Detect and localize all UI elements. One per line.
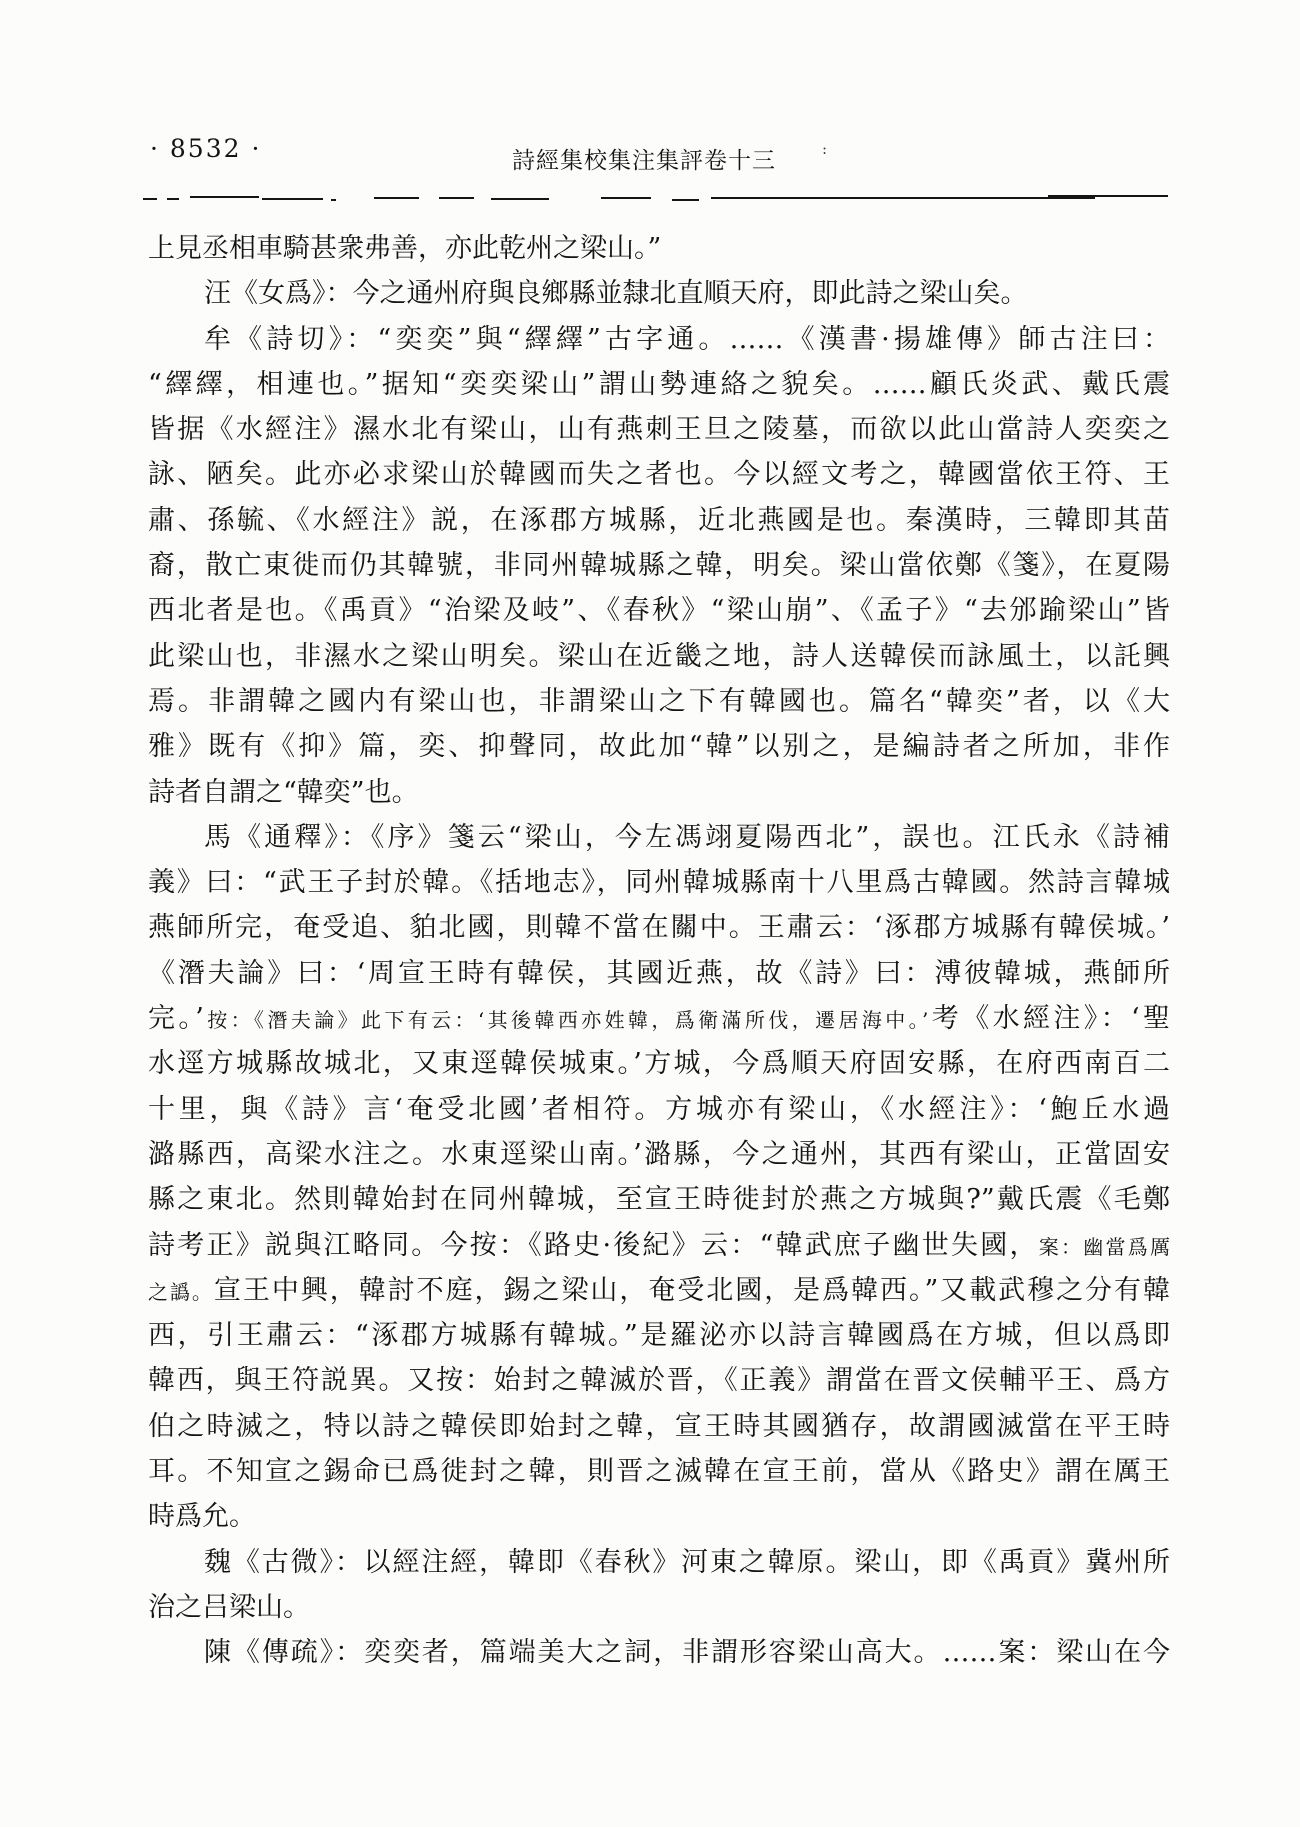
text-segment: 完。’: [148, 1003, 204, 1034]
text-segment: 燕師所完，奄受追、貃北國，則韓不當在關中。王肅云：‘涿郡方城縣有韓侯城。’: [148, 912, 1170, 943]
inline-annotation: 案：幽當爲厲: [1039, 1235, 1170, 1259]
rule-segment: [190, 196, 259, 198]
rule-segment: [374, 197, 419, 199]
text-line: 治之吕梁山。: [148, 1585, 1170, 1630]
text-line: 韓西，與王符説異。又按：始封之韓滅於晋，《正義》謂當在晋文侯輔平王、爲方: [148, 1358, 1170, 1403]
text-line: “繹繹，相連也。”据知“奕奕梁山”謂山勢連絡之貌矣。……顧氏炎武、戴氏震: [148, 362, 1170, 407]
page-body: 上見丞相車騎甚衆弗善，亦此乾州之梁山。”汪《女爲》：今之通州府與良鄉縣並隸北直順…: [148, 226, 1170, 1676]
text-segment: 肅、孫毓、《水經注》説，在涿郡方城縣，近北燕國是也。秦漢時，三韓即其苗: [148, 505, 1170, 536]
text-segment: 皆据《水經注》濕水北有梁山，山有燕刺王旦之陵墓，而欲以此山當詩人奕奕之: [148, 414, 1170, 445]
text-line: 之譌。宣王中興，韓討不庭，錫之梁山，奄受北國，是爲韓西。”又載武穆之分有韓: [148, 1268, 1170, 1313]
text-line: 時爲允。: [148, 1494, 1170, 1539]
text-segment: 十里，與《詩》言‘奄受北國’者相符。方城亦有梁山，《水經注》：‘鮑丘水過: [148, 1094, 1170, 1125]
text-segment: 馬《通釋》：《序》箋云“梁山，今左馮翊夏陽西北”，誤也。江氏永《詩補: [204, 822, 1170, 853]
text-line: 雅》既有《抑》篇，奕、抑聲同，故此加“韓”以别之，是編詩者之所加，非作: [148, 724, 1170, 769]
text-segment: 水逕方城縣故城北，又東逕韓侯城東。’方城，今爲順天府固安縣，在府西南百二: [148, 1048, 1170, 1079]
text-line: 義》曰：“武王子封於韓。《括地志》，同州韓城縣南十八里爲古韓國。然詩言韓城: [148, 860, 1170, 905]
text-line: 完。’按：《潛夫論》此下有云：‘其後韓西亦姓韓，爲衛滿所伐，遷居海中。’考《水經…: [148, 996, 1170, 1041]
text-line: 縣之東北。然則韓始封在同州韓城，至宣王時徙封於燕之方城與?”戴氏震《毛鄭: [148, 1177, 1170, 1222]
text-segment: 宣王中興，韓討不庭，錫之梁山，奄受北國，是爲韓西。”又載武穆之分有韓: [214, 1275, 1170, 1306]
rule-segment: [1048, 195, 1168, 197]
scan-artifact-mark: :: [822, 140, 827, 158]
text-segment: 此梁山也，非濕水之梁山明矣。梁山在近畿之地，詩人送韓侯而詠風土，以託興: [148, 641, 1170, 672]
rule-segment: [601, 197, 651, 199]
text-segment: 考《水經注》：‘聖: [928, 1003, 1170, 1034]
text-line: 水逕方城縣故城北，又東逕韓侯城東。’方城，今爲順天府固安縣，在府西南百二: [148, 1041, 1170, 1086]
text-segment: 治之吕梁山。: [148, 1592, 310, 1623]
text-line: 詩者自謂之“韓奕”也。: [148, 770, 1170, 815]
text-segment: 縣之東北。然則韓始封在同州韓城，至宣王時徙封於燕之方城與?”戴氏震《毛鄭: [148, 1184, 1170, 1215]
inline-annotation: 之譌。: [148, 1280, 214, 1304]
text-line: 《潛夫論》曰：‘周宣王時有韓侯，其國近燕，故《詩》曰：溥彼韓城，燕師所: [148, 951, 1170, 996]
rule-segment: [262, 198, 323, 200]
text-segment: 詩考正》説與江略同。今按：《路史·後紀》云：“韓武庶子幽世失國，: [148, 1230, 1039, 1261]
text-segment: 詩者自謂之“韓奕”也。: [148, 777, 419, 808]
text-segment: 耳。不知宣之錫命已爲徙封之韓，則晋之滅韓在宣王前，當从《路史》謂在厲王: [148, 1456, 1170, 1487]
text-line: 陳《傳疏》：奕奕者，篇端美大之詞，非謂形容梁山高大。……案：梁山在今: [148, 1630, 1170, 1675]
text-segment: 韓西，與王符説異。又按：始封之韓滅於晋，《正義》謂當在晋文侯輔平王、爲方: [148, 1365, 1170, 1396]
text-segment: 裔，散亡東徙而仍其韓號，非同州韓城縣之韓，明矣。梁山當依鄭《箋》，在夏陽: [148, 550, 1170, 581]
rule-segment: [672, 199, 699, 201]
text-segment: 義》曰：“武王子封於韓。《括地志》，同州韓城縣南十八里爲古韓國。然詩言韓城: [148, 867, 1170, 898]
text-segment: 《潛夫論》曰：‘周宣王時有韓侯，其國近燕，故《詩》曰：溥彼韓城，燕師所: [148, 958, 1170, 989]
inline-annotation: 按：《潛夫論》此下有云：‘其後韓西亦姓韓，爲衛滿所伐，遷居海中。’: [204, 1008, 929, 1032]
text-line: 燕師所完，奄受追、貃北國，則韓不當在關中。王肅云：‘涿郡方城縣有韓侯城。’: [148, 905, 1170, 950]
text-line: 潞縣西，高梁水注之。水東逕梁山南。’潞縣，今之通州，其西有梁山，正當固安: [148, 1132, 1170, 1177]
rule-segment: [439, 197, 474, 199]
text-segment: 焉。非謂韓之國内有梁山也，非謂梁山之下有韓國也。篇名“韓奕”者，以《大: [148, 686, 1170, 717]
text-line: 上見丞相車騎甚衆弗善，亦此乾州之梁山。”: [148, 226, 1170, 271]
rule-segment: [143, 198, 157, 200]
text-segment: “繹繹，相連也。”据知“奕奕梁山”謂山勢連絡之貌矣。……顧氏炎武、戴氏震: [148, 369, 1170, 400]
rule-segment: [167, 198, 179, 200]
text-line: 西北者是也。《禹貢》“治梁及岐”、《春秋》“梁山崩”、《孟子》“去邠踰梁山”皆: [148, 588, 1170, 633]
text-line: 耳。不知宣之錫命已爲徙封之韓，則晋之滅韓在宣王前，當从《路史》謂在厲王: [148, 1449, 1170, 1494]
text-segment: 西，引王肅云：“涿郡方城縣有韓城。”是羅泌亦以詩言韓國爲在方城，但以爲即: [148, 1320, 1170, 1351]
text-segment: 潞縣西，高梁水注之。水東逕梁山南。’潞縣，今之通州，其西有梁山，正當固安: [148, 1139, 1170, 1170]
text-segment: 上見丞相車騎甚衆弗善，亦此乾州之梁山。”: [148, 233, 661, 264]
text-segment: 西北者是也。《禹貢》“治梁及岐”、《春秋》“梁山崩”、《孟子》“去邠踰梁山”皆: [148, 595, 1170, 626]
text-segment: 詠、陋矣。此亦必求梁山於韓國而失之者也。今以經文考之，韓國當依王符、王: [148, 459, 1170, 490]
text-segment: 陳《傳疏》：奕奕者，篇端美大之詞，非謂形容梁山高大。……案：梁山在今: [204, 1637, 1170, 1668]
page-title: 詩經集校集注集評卷十三: [0, 142, 1288, 175]
book-page: · 8532 · 詩經集校集注集評卷十三 : 上見丞相車騎甚衆弗善，亦此乾州之梁…: [0, 0, 1300, 1827]
text-segment: 雅》既有《抑》篇，奕、抑聲同，故此加“韓”以别之，是編詩者之所加，非作: [148, 731, 1170, 762]
rule-segment: [491, 198, 549, 200]
text-segment: 牟《詩切》：“奕奕”與“繹繹”古字通。……《漢書·揚雄傳》師古注曰：: [204, 324, 1170, 355]
text-line: 裔，散亡東徙而仍其韓號，非同州韓城縣之韓，明矣。梁山當依鄭《箋》，在夏陽: [148, 543, 1170, 588]
rule-segment: [711, 197, 1095, 199]
text-line: 肅、孫毓、《水經注》説，在涿郡方城縣，近北燕國是也。秦漢時，三韓即其苗: [148, 498, 1170, 543]
text-line: 焉。非謂韓之國内有梁山也，非謂梁山之下有韓國也。篇名“韓奕”者，以《大: [148, 679, 1170, 724]
text-line: 牟《詩切》：“奕奕”與“繹繹”古字通。……《漢書·揚雄傳》師古注曰：: [148, 317, 1170, 362]
text-line: 馬《通釋》：《序》箋云“梁山，今左馮翊夏陽西北”，誤也。江氏永《詩補: [148, 815, 1170, 860]
text-segment: 魏《古微》：以經注經，韓即《春秋》河東之韓原。梁山，即《禹貢》冀州所: [204, 1547, 1170, 1578]
rule-segment: [331, 199, 336, 201]
text-line: 詩考正》説與江略同。今按：《路史·後紀》云：“韓武庶子幽世失國，案：幽當爲厲: [148, 1223, 1170, 1268]
text-segment: 伯之時滅之，特以詩之韓侯即始封之韓，宣王時其國猶存，故謂國滅當在平王時: [148, 1411, 1170, 1442]
text-line: 十里，與《詩》言‘奄受北國’者相符。方城亦有梁山，《水經注》：‘鮑丘水過: [148, 1087, 1170, 1132]
text-line: 此梁山也，非濕水之梁山明矣。梁山在近畿之地，詩人送韓侯而詠風土，以託興: [148, 634, 1170, 679]
header-rule: [0, 194, 1300, 200]
text-line: 皆据《水經注》濕水北有梁山，山有燕刺王旦之陵墓，而欲以此山當詩人奕奕之: [148, 407, 1170, 452]
text-segment: 時爲允。: [148, 1501, 256, 1532]
text-segment: 汪《女爲》：今之通州府與良鄉縣並隸北直順天府，即此詩之梁山矣。: [204, 278, 1028, 309]
text-line: 汪《女爲》：今之通州府與良鄉縣並隸北直順天府，即此詩之梁山矣。: [148, 271, 1170, 316]
text-line: 伯之時滅之，特以詩之韓侯即始封之韓，宣王時其國猶存，故謂國滅當在平王時: [148, 1404, 1170, 1449]
text-line: 魏《古微》：以經注經，韓即《春秋》河東之韓原。梁山，即《禹貢》冀州所: [148, 1540, 1170, 1585]
text-line: 詠、陋矣。此亦必求梁山於韓國而失之者也。今以經文考之，韓國當依王符、王: [148, 452, 1170, 497]
text-line: 西，引王肅云：“涿郡方城縣有韓城。”是羅泌亦以詩言韓國爲在方城，但以爲即: [148, 1313, 1170, 1358]
